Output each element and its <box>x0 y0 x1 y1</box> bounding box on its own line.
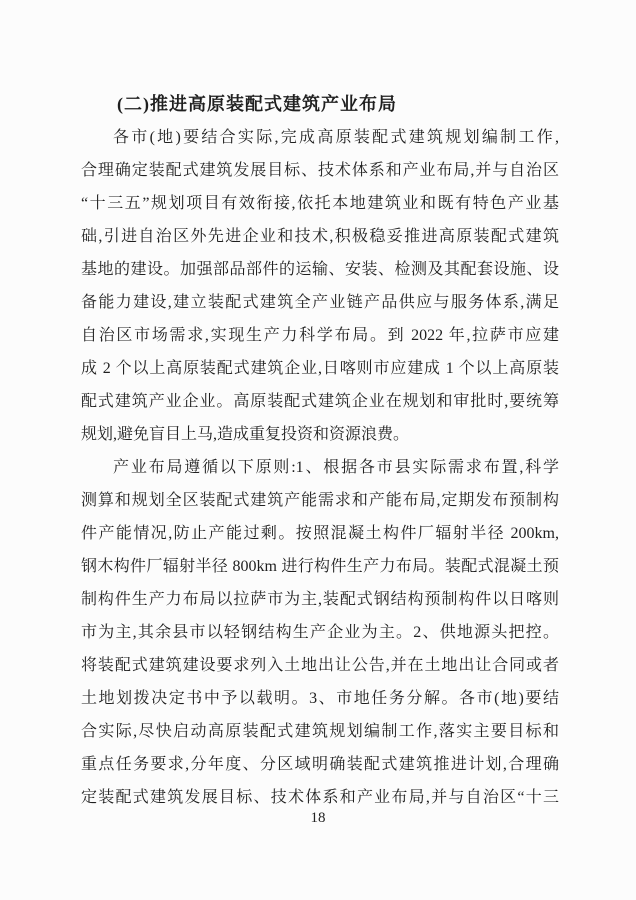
text-line: 备能力建设,建立装配式建筑全产业链产品供应与服务体系,满足 <box>81 286 559 319</box>
text-line: 成 2 个以上高原装配式建筑企业,日喀则市应建成 1 个以上高原装 <box>81 352 559 385</box>
text-line: “十三五”规划项目有效衔接,依托本地建筑业和既有特色产业基 <box>81 187 559 220</box>
document-page: (二)推进高原装配式建筑产业布局 各市(地)要结合实际,完成高原装配式建筑规划编… <box>0 0 636 900</box>
text-line: 规划,避免盲目上马,造成重复投资和资源浪费。 <box>81 418 559 451</box>
text-line: 产业布局遵循以下原则:1、根据各市县实际需求布置,科学 <box>81 451 559 484</box>
section-heading: (二)推进高原装配式建筑产业布局 <box>81 88 559 121</box>
text-line: 制构件生产力布局以拉萨市为主,装配式钢结构预制构件以日喀则 <box>81 583 559 616</box>
text-line: 件产能情况,防止产能过剩。按照混凝土构件厂辐射半径 200km, <box>81 517 559 550</box>
page-number: 18 <box>0 808 636 828</box>
text-line: 钢木构件厂辐射半径 800km 进行构件生产力布局。装配式混凝土预 <box>81 550 559 583</box>
text-line: 测算和规划全区装配式建筑产能需求和产能布局,定期发布预制构 <box>81 484 559 517</box>
text-line: 合理确定装配式建筑发展目标、技术体系和产业布局,并与自治区 <box>81 154 559 187</box>
text-line: 配式建筑产业企业。高原装配式建筑企业在规划和审批时,要统筹 <box>81 385 559 418</box>
paragraph-2: 产业布局遵循以下原则:1、根据各市县实际需求布置,科学 测算和规划全区装配式建筑… <box>81 451 559 814</box>
text-line: 自治区市场需求,实现生产力科学布局。到 2022 年,拉萨市应建 <box>81 319 559 352</box>
text-line: 各市(地)要结合实际,完成高原装配式建筑规划编制工作, <box>81 121 559 154</box>
text-line: 合实际,尽快启动高原装配式建筑规划编制工作,落实主要目标和 <box>81 715 559 748</box>
text-line: 础,引进自治区外先进企业和技术,积极稳妥推进高原装配式建筑 <box>81 220 559 253</box>
text-line: 土地划拨决定书中予以载明。3、市地任务分解。各市(地)要结 <box>81 682 559 715</box>
text-line: 重点任务要求,分年度、分区域明确装配式建筑推进计划,合理确 <box>81 748 559 781</box>
text-line: 基地的建设。加强部品部件的运输、安装、检测及其配套设施、设 <box>81 253 559 286</box>
text-line: 市为主,其余县市以轻钢结构生产企业为主。2、供地源头把控。 <box>81 616 559 649</box>
document-content: (二)推进高原装配式建筑产业布局 各市(地)要结合实际,完成高原装配式建筑规划编… <box>81 88 559 814</box>
text-line: 将装配式建筑建设要求列入土地出让公告,并在土地出让合同或者 <box>81 649 559 682</box>
paragraph-1: 各市(地)要结合实际,完成高原装配式建筑规划编制工作, 合理确定装配式建筑发展目… <box>81 121 559 451</box>
